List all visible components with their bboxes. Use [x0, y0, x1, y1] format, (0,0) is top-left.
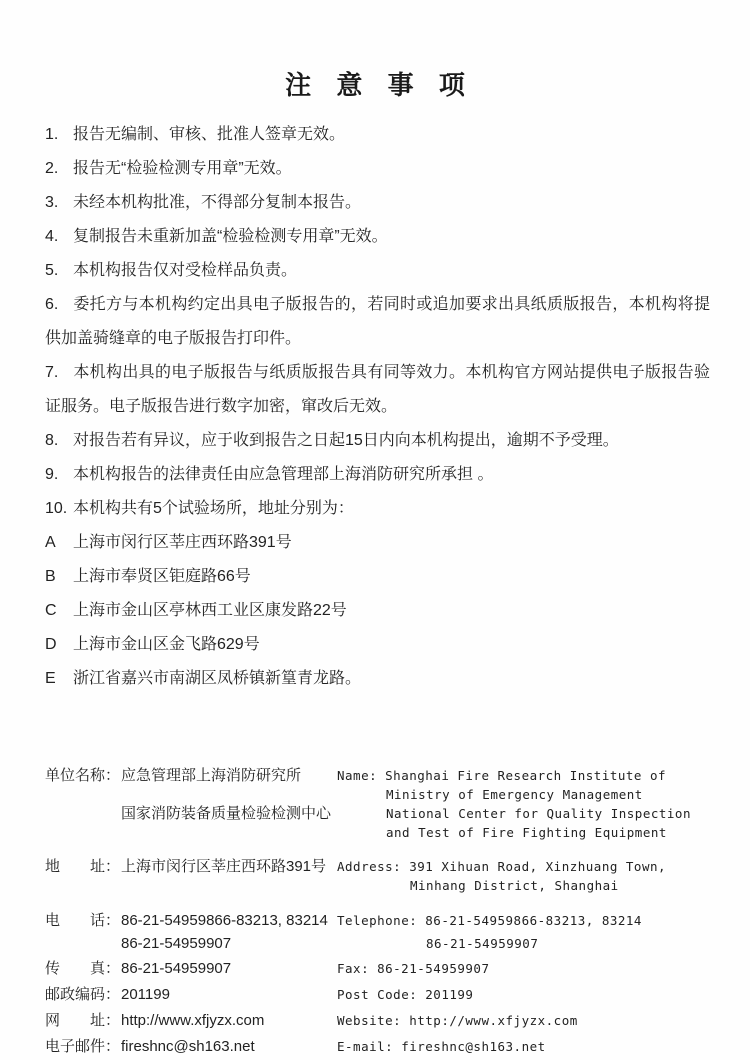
- item-marker: 4.: [45, 220, 73, 254]
- item-text: 上海市金山区亭林西工业区康发路22号: [73, 602, 347, 619]
- notice-item-10: 10.本机构共有5个试验场所，地址分别为：: [45, 492, 710, 526]
- notice-page: 注 意 事 项 1.报告无编制、审核、批准人签章无效。 2.报告无“检验检测专用…: [0, 0, 750, 1060]
- item-text: 复制报告未重新加盖“检验检测专用章”无效。: [73, 228, 388, 245]
- notice-item-6: 6.委托方与本机构约定出具电子版报告的，若同时或追加要求出具纸质版报告，本机构将…: [45, 288, 710, 356]
- item-text: 上海市奉贤区钜庭路66号: [73, 568, 251, 585]
- contact-label-zh: 单位名称：: [45, 766, 121, 823]
- item-marker: E: [45, 662, 73, 696]
- contact-value-zh: 应急管理部上海消防研究所: [121, 766, 337, 785]
- contact-value-en: Ministry of Emergency Management: [337, 785, 730, 804]
- item-text: 本机构报告的法律责任由应急管理部上海消防研究所承担 。: [73, 466, 493, 483]
- contact-value-en: fireshnc@sh163.net: [393, 1039, 545, 1054]
- contact-label-en: Post Code:: [337, 987, 417, 1002]
- contact-value-zh: 201199: [121, 983, 337, 1007]
- contact-row-address: 地 址： 上海市闵行区莘庄西环路391号 Address:391 Xihuan …: [45, 857, 730, 895]
- item-marker: 6.: [45, 288, 73, 322]
- contact-value-zh: fireshnc@sh163.net: [121, 1035, 337, 1059]
- item-marker: 1.: [45, 118, 73, 152]
- item-text: 上海市金山区金飞路629号: [73, 636, 260, 653]
- contact-label-zh: 传 真：: [45, 957, 121, 981]
- notice-item-9: 9.本机构报告的法律责任由应急管理部上海消防研究所承担 。: [45, 458, 710, 492]
- site-item-c: C上海市金山区亭林西工业区康发路22号: [45, 594, 710, 628]
- item-text: 浙江省嘉兴市南湖区凤桥镇新篁青龙路。: [73, 670, 361, 687]
- contact-value-zh: 86-21-54959866-83213, 83214: [121, 909, 337, 932]
- item-text: 对报告若有异议，应于收到报告之日起15日内向本机构提出，逾期不予受理。: [73, 432, 619, 449]
- contact-value-en: Minhang District, Shanghai: [337, 876, 730, 895]
- contact-value-zh: 86-21-54959907: [121, 957, 337, 981]
- item-text: 报告无编制、审核、批准人签章无效。: [73, 126, 345, 143]
- contact-section: 单位名称： 应急管理部上海消防研究所 国家消防装备质量检验检测中心 Name:S…: [0, 766, 750, 1059]
- contact-label-zh: 地 址：: [45, 857, 121, 876]
- item-marker: 10.: [45, 492, 73, 526]
- contact-label-en: Telephone:: [337, 913, 417, 928]
- contact-value-en: 201199: [417, 987, 473, 1002]
- contact-label-zh: 邮政编码：: [45, 983, 121, 1007]
- item-marker: B: [45, 560, 73, 594]
- notice-item-7: 7.本机构出具的电子版报告与纸质版报告具有同等效力。本机构官方网站提供电子版报告…: [45, 356, 710, 424]
- contact-value-en: 86-21-54959907: [337, 932, 730, 955]
- notice-item-8: 8.对报告若有异议，应于收到报告之日起15日内向本机构提出，逾期不予受理。: [45, 424, 710, 458]
- item-marker: D: [45, 628, 73, 662]
- contact-value-en: Shanghai Fire Research Institute of: [377, 768, 666, 783]
- contact-value-en: http://www.xfjyzx.com: [401, 1013, 578, 1028]
- contact-value-zh: 国家消防装备质量检验检测中心: [121, 804, 337, 823]
- site-item-e: E浙江省嘉兴市南湖区凤桥镇新篁青龙路。: [45, 662, 710, 696]
- item-marker: 5.: [45, 254, 73, 288]
- contact-label-en: Fax:: [337, 961, 369, 976]
- item-marker: 3.: [45, 186, 73, 220]
- notice-item-3: 3.未经本机构批准，不得部分复制本报告。: [45, 186, 710, 220]
- notice-item-1: 1.报告无编制、审核、批准人签章无效。: [45, 118, 710, 152]
- contact-row-website: 网 址： http://www.xfjyzx.com Website:http:…: [45, 1009, 730, 1033]
- site-item-a: A上海市闵行区莘庄西环路391号: [45, 526, 710, 560]
- notice-item-2: 2.报告无“检验检测专用章”无效。: [45, 152, 710, 186]
- contact-label-zh: 网 址：: [45, 1009, 121, 1033]
- contact-label-zh: 电子邮件：: [45, 1035, 121, 1059]
- item-marker: 9.: [45, 458, 73, 492]
- item-text: 未经本机构批准，不得部分复制本报告。: [73, 194, 361, 211]
- item-marker: 2.: [45, 152, 73, 186]
- contact-label-en: Name:: [337, 768, 377, 783]
- contact-label-en: E-mail:: [337, 1039, 393, 1054]
- item-marker: A: [45, 526, 73, 560]
- contact-label-en: Website:: [337, 1013, 401, 1028]
- site-item-d: D上海市金山区金飞路629号: [45, 628, 710, 662]
- contact-row-postcode: 邮政编码： 201199 Post Code:201199: [45, 983, 730, 1007]
- item-text: 报告无“检验检测专用章”无效。: [73, 160, 292, 177]
- item-text: 上海市闵行区莘庄西环路391号: [73, 534, 292, 551]
- page-title: 注 意 事 项: [0, 0, 750, 102]
- item-marker: 8.: [45, 424, 73, 458]
- contact-value-zh: 86-21-54959907: [121, 932, 337, 955]
- contact-value-en: and Test of Fire Fighting Equipment: [337, 823, 730, 842]
- item-text: 本机构共有5个试验场所，地址分别为：: [73, 500, 354, 517]
- contact-row-telephone: 电 话： 86-21-54959866-83213, 83214 86-21-5…: [45, 909, 730, 955]
- contact-label-zh: 电 话：: [45, 909, 121, 955]
- contact-row-name: 单位名称： 应急管理部上海消防研究所 国家消防装备质量检验检测中心 Name:S…: [45, 766, 730, 842]
- item-marker: 7.: [45, 356, 73, 390]
- item-marker: C: [45, 594, 73, 628]
- item-text: 委托方与本机构约定出具电子版报告的，若同时或追加要求出具纸质版报告，本机构将提供…: [45, 296, 710, 347]
- contact-value-en: 86-21-54959866-83213, 83214: [417, 913, 642, 928]
- contact-row-email: 电子邮件： fireshnc@sh163.net E-mail:fireshnc…: [45, 1035, 730, 1059]
- contact-value-zh: http://www.xfjyzx.com: [121, 1009, 337, 1033]
- item-text: 本机构报告仅对受检样品负责。: [73, 262, 297, 279]
- item-text: 本机构出具的电子版报告与纸质版报告具有同等效力。本机构官方网站提供电子版报告验证…: [45, 364, 710, 415]
- site-item-b: B上海市奉贤区钜庭路66号: [45, 560, 710, 594]
- contact-row-fax: 传 真： 86-21-54959907 Fax:86-21-54959907: [45, 957, 730, 981]
- notice-item-4: 4.复制报告未重新加盖“检验检测专用章”无效。: [45, 220, 710, 254]
- notice-list: 1.报告无编制、审核、批准人签章无效。 2.报告无“检验检测专用章”无效。 3.…: [0, 118, 750, 696]
- notice-item-5: 5.本机构报告仅对受检样品负责。: [45, 254, 710, 288]
- contact-value-zh: 上海市闵行区莘庄西环路391号: [121, 857, 337, 876]
- contact-value-en: 86-21-54959907: [369, 961, 489, 976]
- contact-label-en: Address:: [337, 859, 401, 874]
- contact-value-en: National Center for Quality Inspection: [337, 804, 730, 823]
- contact-value-en: 391 Xihuan Road, Xinzhuang Town,: [401, 859, 666, 874]
